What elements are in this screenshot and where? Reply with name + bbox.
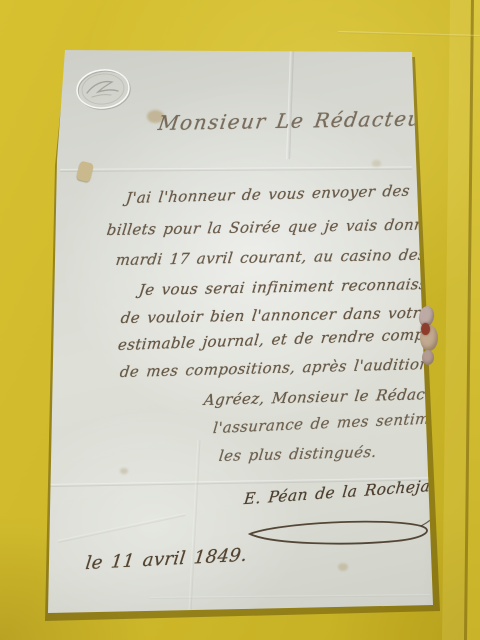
letter-line: Je vous serai infiniment reconnaissante	[138, 274, 464, 299]
letter-line: Agréez, Monsieur le Rédacteur,	[203, 384, 463, 409]
letter-photograph: Monsieur Le Rédacteur J'ai l'honneur de …	[0, 0, 480, 640]
letter-line: billets pour la Soirée que je vais donne…	[106, 215, 442, 239]
paper-crease	[189, 440, 201, 610]
paper-crease	[286, 51, 294, 159]
date-line: le 11 avril 1849.	[84, 545, 248, 575]
letter-line: J'ai l'honneur de vous envoyer des	[125, 182, 411, 207]
wax-blob	[422, 350, 434, 365]
foxing-spot	[338, 563, 348, 571]
paper-crease	[60, 167, 412, 172]
embossed-seal-icon	[74, 66, 132, 114]
letter-line: de vouloir bien l'annoncer dans votre	[120, 304, 431, 327]
letter-line: de mes compositions, après l'audition.	[119, 355, 436, 381]
foxing-spot	[372, 160, 381, 167]
salutation: Monsieur Le Rédacteur	[157, 106, 435, 135]
wax-dot	[421, 323, 430, 335]
paper-speck	[76, 161, 94, 183]
letter-line: mardi 17 avril courant, au casino des ar…	[115, 245, 466, 269]
signature-flourish	[246, 514, 438, 548]
letter-line: estimable journal, et de rendre compte	[117, 325, 441, 354]
wax-seal-remnant	[416, 306, 442, 370]
foxing-spot	[120, 468, 128, 474]
letter-paper: Monsieur Le Rédacteur J'ai l'honneur de …	[0, 0, 480, 640]
letter-line: les plus distingués.	[218, 443, 378, 465]
paper-crease	[58, 513, 186, 543]
